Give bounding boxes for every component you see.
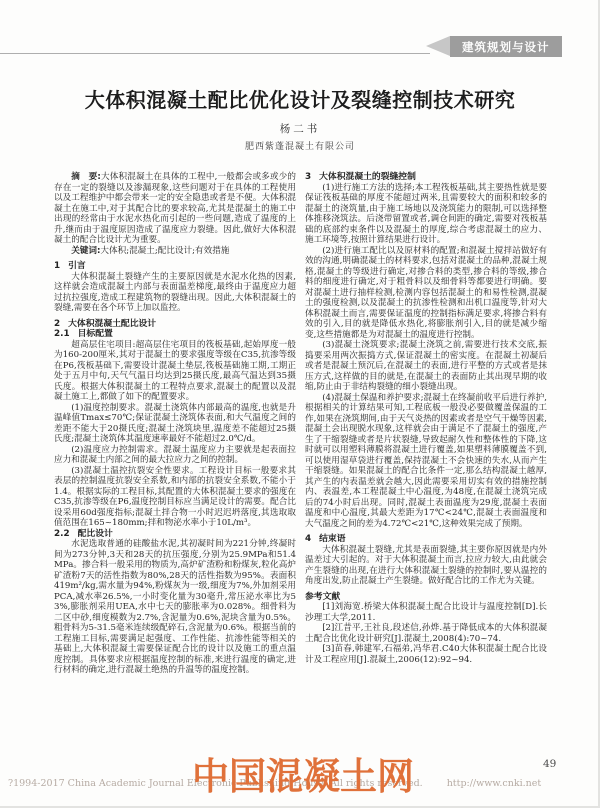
section-2-number: 2 (54, 319, 60, 329)
abstract: 摘 要:大体积混凝土在具体的工程中,一般都会或多或少的存在一定的裂缝以及渗漏现象… (54, 172, 296, 246)
paragraph: (1)进行施工方法的选择;本工程筏板基础,其主要热性就是要保证筏板基础的厚度不能… (305, 183, 547, 246)
article-title: 大体积混凝土配比优化设计及裂缝控制技术研究 (0, 84, 600, 113)
section-2-1-heading: 2.1目标配置 (54, 329, 296, 340)
references-heading: 参考文献 (305, 592, 547, 603)
keywords-text: 大体积;混凝土;配比设计;有效措施 (100, 246, 229, 256)
reference-item: [1]刘海宽.桥梁大体积混凝土配合比设计与温度控制[D].长沙理工大学,2011… (305, 602, 547, 623)
left-column: 摘 要:大体积混凝土在具体的工程中,一般都会或多或少的存在一定的裂缝以及渗漏现象… (54, 172, 296, 676)
article-author: 杨二书 (0, 121, 600, 136)
paragraph: (2)温度应力控制需求。混凝土温度应力主要就是起表面拉应力和混凝土内部之间的最大… (54, 445, 296, 466)
keywords: 关键词:大体积;混凝土;配比设计;有效措施 (54, 246, 296, 257)
section-3-heading: 3大体积混凝土的裂缝控制 (305, 172, 547, 183)
category-tag-label: 建筑规划与设计 (462, 39, 550, 55)
right-column: 3大体积混凝土的裂缝控制 (1)进行施工方法的选择;本工程筏板基础,其主要热性就… (305, 172, 547, 676)
paragraph: (2)进行施工配比以及原材料的配置;和混凝土搅拌站做好有效的沟通,明确混凝土的材… (305, 246, 547, 341)
paragraph: 大体积混凝土裂缝,尤其是表面裂缝,其主要你原因就是内外温差过大引起的。对于大体积… (305, 545, 547, 587)
section-2-1-number: 2.1 (54, 329, 70, 339)
keywords-label: 关键词: (71, 246, 100, 256)
reference-item: [2]江昔平,王社良,段述信,孙烨.基于降低成本的大体积混凝土配合比优化设计研究… (305, 623, 547, 644)
paragraph: (4)混凝土保温和养护要求;混凝土在终凝前收平后进行养护,根据相关的计算结果可知… (305, 393, 547, 530)
paragraph: 超高层住宅项目:超高层住宅项目的筏板基础,起始厚度一般为160-200厘米,其对… (54, 340, 296, 403)
tag-arrow-icon (426, 36, 450, 56)
section-1-heading: 1引言 (54, 261, 296, 272)
watermark: 中国混凝土网 (192, 746, 414, 800)
paragraph: (3)混凝土浇筑要求;混凝土浇筑之前,需要进行技术交底,振捣要采用两次振捣方式,… (305, 340, 547, 393)
paragraph: (3)混凝土温控抗裂安全性要求。工程设计目标一般要求其表层的控制温度抗裂安全系数… (54, 466, 296, 529)
category-tag: 建筑规划与设计 (450, 36, 562, 57)
article-affiliation: 肥西紫蓬混凝土有限公司 (0, 139, 600, 152)
article-body: 摘 要:大体积混凝土在具体的工程中,一般都会或多或少的存在一定的裂缝以及渗漏现象… (54, 172, 548, 676)
abstract-label: 摘 要: (71, 172, 101, 182)
paragraph: 大体积混凝土裂缝产生的主要原因就是水泥水化热的因素,这样就会造成混凝土内部与表面… (54, 272, 296, 314)
section-3-title: 大体积混凝土的裂缝控制 (319, 172, 416, 182)
section-1-number: 1 (54, 261, 60, 271)
section-2-1-title: 目标配置 (78, 329, 113, 339)
journal-page: 建筑规划与设计 大体积混凝土配比优化设计及裂缝控制技术研究 杨二书 肥西紫蓬混凝… (0, 0, 600, 808)
section-2-heading: 2大体积混凝土配比设计 (54, 319, 296, 330)
section-1-title: 引言 (68, 261, 86, 271)
abstract-text: 大体积混凝土在具体的工程中,一般都会或多或少的存在一定的裂缝以及渗漏现象,这些问… (54, 172, 296, 245)
section-4-heading: 4结束语 (305, 534, 547, 545)
page-number: 49 (543, 758, 556, 770)
reference-item: [3]苗春,韩建军,石福弟,冯华君.C40大体积混凝土配合比设计及工程应用[J]… (305, 644, 547, 665)
section-4-number: 4 (305, 534, 311, 544)
section-2-title: 大体积混凝土配比设计 (68, 319, 156, 329)
section-2-2-number: 2.2 (54, 529, 70, 539)
footer-url: http://www.cnki.net (447, 778, 542, 789)
paragraph: 水泥选取普通的硅酸盐水泥,其初凝时间为221分钟,终凝时间为273分钟,3天和2… (54, 539, 296, 676)
header-rule (0, 53, 430, 54)
section-2-2-heading: 2.2配比设计 (54, 529, 296, 540)
paragraph: (1)温度控制要求。混凝土浇筑体内部最高的温度,也就是升温峰值Tmax≤70℃;… (54, 403, 296, 445)
section-3-number: 3 (305, 172, 311, 182)
section-2-2-title: 配比设计 (78, 529, 113, 539)
section-4-title: 结束语 (319, 534, 345, 544)
